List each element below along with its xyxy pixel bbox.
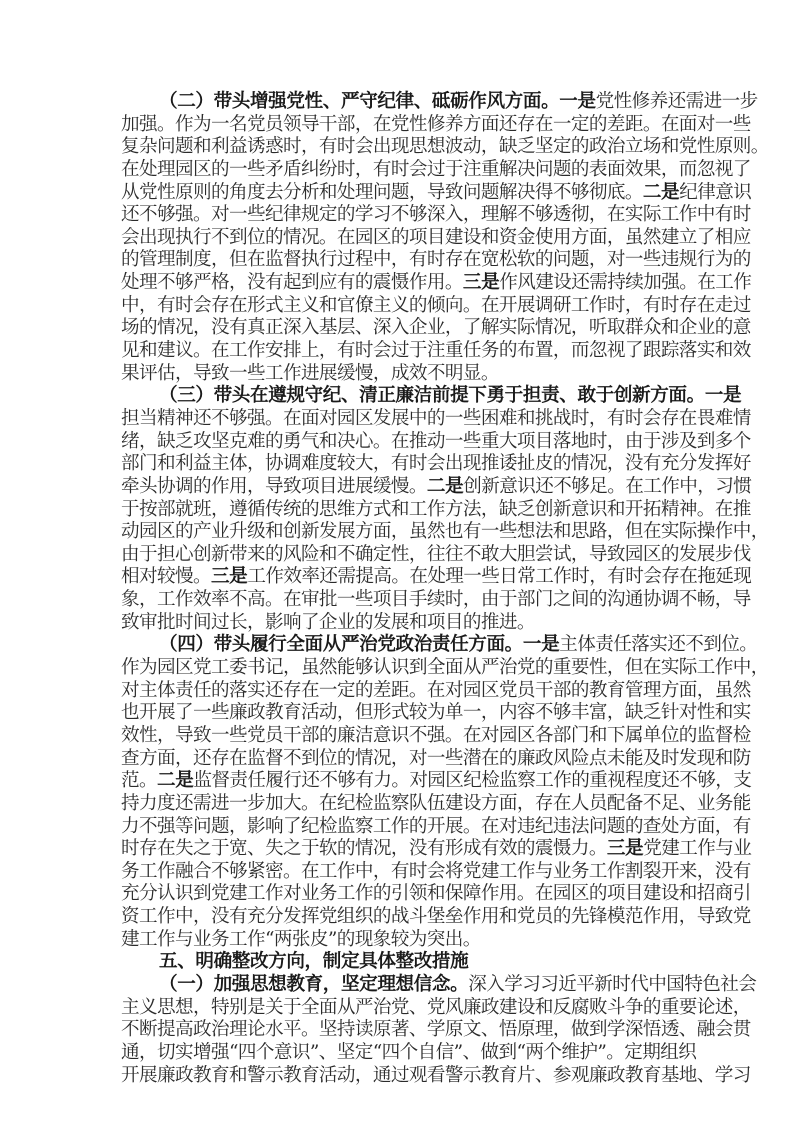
body-text: 监督责任履行还不够有力。对园区纪检监察工作的重视程度还不够，支: [193, 770, 751, 791]
body-text: 于按部就班，遵循传统的思维方式和工作方法，缺乏创新意识和开拓精神。在推: [121, 499, 751, 520]
bold-text: 二是: [643, 182, 679, 203]
body-text: 会出现执行不到位的情况。在园区的项目建设和资金使用方面，虽然建立了相应: [121, 227, 751, 248]
text-line: 处理不够严格，没有起到应有的震慑作用。三是作风建设还需持续加强。在工作: [121, 272, 673, 295]
text-line: 开展廉政教育和警示教育活动，通过观看警示教育片、参观廉政教育基地、学习: [121, 1065, 673, 1088]
body-text: 见和建议。在工作安排上，有时会过于注重任务的布置，而忽视了跟踪落实和效: [121, 340, 751, 361]
text-line: 务工作融合不够紧密。在工作中，有时会将党建工作与业务工作割裂开来，没有: [121, 861, 673, 884]
text-line: 也开展了一些廉政教育活动，但形式较为单一，内容不够丰富，缺乏针对性和实: [121, 702, 673, 725]
text-line: （一）加强思想教育，坚定理想信念。深入学习习近平新时代中国特色社会: [121, 974, 673, 997]
body-text: 作风建设还需持续加强。在工作: [499, 272, 751, 293]
body-text: 工作效率还需提高。在处理一些日常工作时，有时会存在拖延现: [247, 566, 751, 587]
text-line: 动园区的产业升级和创新发展方面，虽然也有一些想法和思路，但在实际操作中，: [121, 521, 673, 544]
text-line: 会出现执行不到位的情况。在园区的项目建设和资金使用方面，虽然建立了相应: [121, 227, 673, 250]
text-line: 不断提高政治理论水平。坚持读原著、学原文、悟原理，做到学深悟透、融会贯: [121, 1019, 673, 1042]
body-text: 纪律意识: [679, 182, 751, 203]
bold-text: （一）加强思想教育，坚定理想信念。: [159, 974, 468, 995]
body-text: 处理不够严格，没有起到应有的震慑作用。: [121, 272, 463, 293]
body-text: 从党性原则的角度去分析和处理问题，导致问题解决得不够彻底。: [121, 182, 643, 203]
text-line: 绪，缺乏攻坚克难的勇气和决心。在推动一些重大项目落地时，由于涉及到多个: [121, 431, 673, 454]
body-text: 通，切实增强“四个意识”、坚定“四个自信”、做到“两个维护”。定期组织: [121, 1042, 696, 1063]
body-text: 持力度还需进一步加大。在纪检监察队伍建设方面，存在人员配备不足、业务能: [121, 793, 751, 814]
body-text: 的管理制度，但在监督执行过程中，有时存在宽松软的问题，对一些违规行为的: [121, 249, 751, 270]
body-text: 党建工作与业: [643, 838, 751, 859]
text-line: 持力度还需进一步加大。在纪检监察队伍建设方面，存在人员配备不足、业务能: [121, 793, 673, 816]
text-line: 象，工作效率不高。在审批一些项目手续时，由于部门之间的沟通协调不畅，导: [121, 589, 673, 612]
body-text: 不断提高政治理论水平。坚持读原著、学原文、悟原理，做到学深悟透、融会贯: [121, 1019, 751, 1040]
text-line: 效性，导致一些党员干部的廉洁意识不强。在对园区各部门和下属单位的监督检: [121, 725, 673, 748]
body-text: 复杂问题和利益诱惑时，有时会出现思想波动，缺乏坚定的政治立场和党性原则。: [121, 136, 769, 157]
bold-text: 二是: [427, 476, 463, 497]
text-line: （四）带头履行全面从严治党政治责任方面。一是主体责任落实还不到位。: [121, 634, 673, 657]
paragraph: （四）带头履行全面从严治党政治责任方面。一是主体责任落实还不到位。作为园区党工委…: [121, 634, 673, 951]
paragraph: （二）带头增强党性、严守纪律、砥砺作风方面。一是党性修养还需进一步加强。作为一名…: [121, 91, 673, 385]
text-line: 相对较慢。三是工作效率还需提高。在处理一些日常工作时，有时会存在拖延现: [121, 566, 673, 589]
text-line: 资工作中，没有充分发挥党组织的战斗堡垒作用和党员的先锋模范作用，导致党: [121, 906, 673, 929]
text-line: 作为园区党工委书记，虽然能够认识到全面从严治党的重要性，但在实际工作中，: [121, 657, 673, 680]
body-text: 象，工作效率不高。在审批一些项目手续时，由于部门之间的沟通协调不畅，导: [121, 589, 751, 610]
text-line: 加强。作为一名党员领导干部，在党性修养方面还存在一定的差距。在面对一些: [121, 114, 673, 137]
body-text: 查方面，还存在监督不到位的情况，对一些潜在的廉政风险点未能及时发现和防: [121, 748, 751, 769]
text-line: 见和建议。在工作安排上，有时会过于注重任务的布置，而忽视了跟踪落实和效: [121, 340, 673, 363]
text-line: 建工作与业务工作“两张皮”的现象较为突出。: [121, 929, 673, 952]
text-line: 的管理制度，但在监督执行过程中，有时存在宽松软的问题，对一些违规行为的: [121, 249, 673, 272]
text-line: 场的情况，没有真正深入基层、深入企业，了解实际情况，听取群众和企业的意: [121, 317, 673, 340]
body-text: 担当精神还不够强。在面对园区发展中的一些困难和挑战时，有时会存在畏难情: [121, 408, 751, 429]
text-line: 部门和利益主体，协调难度较大，有时会出现推诿扯皮的情况，没有充分发挥好: [121, 453, 673, 476]
body-text: 作为园区党工委书记，虽然能够认识到全面从严治党的重要性，但在实际工作中，: [121, 657, 769, 678]
body-text: 牵头协调的作用，导致项目进展缓慢。: [121, 476, 427, 497]
text-line: 于按部就班，遵循传统的思维方式和工作方法，缺乏创新意识和开拓精神。在推: [121, 499, 673, 522]
section-heading: 五、明确整改方向，制定具体整改措施: [121, 951, 673, 974]
text-line: （三）带头在遵规守纪、清正廉洁前提下勇于担责、敢于创新方面。一是: [121, 385, 673, 408]
body-text: 相对较慢。: [121, 566, 211, 587]
bold-text: 二是: [157, 770, 193, 791]
text-line: 五、明确整改方向，制定具体整改措施: [121, 951, 673, 974]
body-text: 力不强等问题，影响了纪检监察工作的开展。在对违纪违法问题的查处方面，有: [121, 816, 751, 837]
body-text: 充分认识到党建工作对业务工作的引领和保障作用。在园区的项目建设和招商引: [121, 883, 751, 904]
bold-text: 三是: [607, 838, 643, 859]
text-line: 致审批时间过长，影响了企业的发展和项目的推进。: [121, 612, 673, 635]
text-line: 范。二是监督责任履行还不够有力。对园区纪检监察工作的重视程度还不够，支: [121, 770, 673, 793]
text-line: 从党性原则的角度去分析和处理问题，导致问题解决得不够彻底。二是纪律意识: [121, 182, 673, 205]
body-text: 绪，缺乏攻坚克难的勇气和决心。在推动一些重大项目落地时，由于涉及到多个: [121, 431, 751, 452]
paragraph: （一）加强思想教育，坚定理想信念。深入学习习近平新时代中国特色社会主义思想，特别…: [121, 974, 673, 1087]
text-line: 时存在失之于宽、失之于软的情况，没有形成有效的震慑力。三是党建工作与业: [121, 838, 673, 861]
document-page: （二）带头增强党性、严守纪律、砥砺作风方面。一是党性修养还需进一步加强。作为一名…: [0, 0, 793, 1122]
document-body: （二）带头增强党性、严守纪律、砥砺作风方面。一是党性修养还需进一步加强。作为一名…: [121, 91, 673, 1087]
body-text: 务工作融合不够紧密。在工作中，有时会将党建工作与业务工作割裂开来，没有: [121, 861, 751, 882]
body-text: 致审批时间过长，影响了企业的发展和项目的推进。: [121, 612, 535, 633]
text-line: 由于担心创新带来的风险和不确定性，往往不敢大胆尝试，导致园区的发展步伐: [121, 544, 673, 567]
body-text: 果评估，导致一些工作进展缓慢，成效不明显。: [121, 363, 499, 384]
body-text: 加强。作为一名党员领导干部，在党性修养方面还存在一定的差距。在面对一些: [121, 114, 751, 135]
body-text: 建工作与业务工作“两张皮”的现象较为突出。: [121, 929, 481, 950]
bold-text: （二）带头增强党性、严守纪律、砥砺作风方面。一是: [159, 91, 596, 112]
text-line: 对主体责任的落实还存在一定的差距。在对园区党员干部的教育管理方面，虽然: [121, 680, 673, 703]
body-text: 创新意识还不够足。在工作中，习惯: [463, 476, 751, 497]
bold-text: 三是: [211, 566, 247, 587]
bold-text: （三）带头在遵规守纪、清正廉洁前提下勇于担责、敢于创新方面。一是: [159, 385, 741, 406]
bold-text: （四）带头履行全面从严治党政治责任方面。一是: [159, 634, 559, 655]
text-line: 主义思想，特别是关于全面从严治党、党风廉政建设和反腐败斗争的重要论述，: [121, 997, 673, 1020]
text-line: 牵头协调的作用，导致项目进展缓慢。二是创新意识还不够足。在工作中，习惯: [121, 476, 673, 499]
body-text: 主体责任落实还不到位。: [559, 634, 757, 655]
text-line: 通，切实增强“四个意识”、坚定“四个自信”、做到“两个维护”。定期组织: [121, 1042, 673, 1065]
bold-text: 五、明确整改方向，制定具体整改措施: [159, 951, 468, 972]
body-text: 对主体责任的落实还存在一定的差距。在对园区党员干部的教育管理方面，虽然: [121, 680, 751, 701]
text-line: 中，有时会存在形式主义和官僚主义的倾向。在开展调研工作时，有时存在走过: [121, 295, 673, 318]
text-line: 在处理园区的一些矛盾纠纷时，有时会过于注重解决问题的表面效果，而忽视了: [121, 159, 673, 182]
body-text: 也开展了一些廉政教育活动，但形式较为单一，内容不够丰富，缺乏针对性和实: [121, 702, 751, 723]
body-text: 开展廉政教育和警示教育活动，通过观看警示教育片、参观廉政教育基地、学习: [121, 1065, 751, 1086]
body-text: 部门和利益主体，协调难度较大，有时会出现推诿扯皮的情况，没有充分发挥好: [121, 453, 751, 474]
body-text: 资工作中，没有充分发挥党组织的战斗堡垒作用和党员的先锋模范作用，导致党: [121, 906, 751, 927]
text-line: 果评估，导致一些工作进展缓慢，成效不明显。: [121, 363, 673, 386]
text-line: （二）带头增强党性、严守纪律、砥砺作风方面。一是党性修养还需进一步: [121, 91, 673, 114]
body-text: 还不够强。对一些纪律规定的学习不够深入，理解不够透彻，在实际工作中有时: [121, 204, 751, 225]
text-line: 充分认识到党建工作对业务工作的引领和保障作用。在园区的项目建设和招商引: [121, 883, 673, 906]
text-line: 复杂问题和利益诱惑时，有时会出现思想波动，缺乏坚定的政治立场和党性原则。: [121, 136, 673, 159]
body-text: 场的情况，没有真正深入基层、深入企业，了解实际情况，听取群众和企业的意: [121, 317, 751, 338]
text-line: 力不强等问题，影响了纪检监察工作的开展。在对违纪违法问题的查处方面，有: [121, 816, 673, 839]
body-text: 党性修养还需进一步: [596, 91, 758, 112]
body-text: 范。: [121, 770, 157, 791]
body-text: 主义思想，特别是关于全面从严治党、党风廉政建设和反腐败斗争的重要论述，: [121, 997, 751, 1018]
body-text: 效性，导致一些党员干部的廉洁意识不强。在对园区各部门和下属单位的监督检: [121, 725, 751, 746]
text-line: 担当精神还不够强。在面对园区发展中的一些困难和挑战时，有时会存在畏难情: [121, 408, 673, 431]
body-text: 深入学习习近平新时代中国特色社会: [468, 974, 756, 995]
text-line: 查方面，还存在监督不到位的情况，对一些潜在的廉政风险点未能及时发现和防: [121, 748, 673, 771]
paragraph: （三）带头在遵规守纪、清正廉洁前提下勇于担责、敢于创新方面。一是担当精神还不够强…: [121, 385, 673, 634]
body-text: 时存在失之于宽、失之于软的情况，没有形成有效的震慑力。: [121, 838, 607, 859]
bold-text: 三是: [463, 272, 499, 293]
body-text: 在处理园区的一些矛盾纠纷时，有时会过于注重解决问题的表面效果，而忽视了: [121, 159, 751, 180]
text-line: 还不够强。对一些纪律规定的学习不够深入，理解不够透彻，在实际工作中有时: [121, 204, 673, 227]
body-text: 由于担心创新带来的风险和不确定性，往往不敢大胆尝试，导致园区的发展步伐: [121, 544, 751, 565]
body-text: 中，有时会存在形式主义和官僚主义的倾向。在开展调研工作时，有时存在走过: [121, 295, 751, 316]
body-text: 动园区的产业升级和创新发展方面，虽然也有一些想法和思路，但在实际操作中，: [121, 521, 769, 542]
